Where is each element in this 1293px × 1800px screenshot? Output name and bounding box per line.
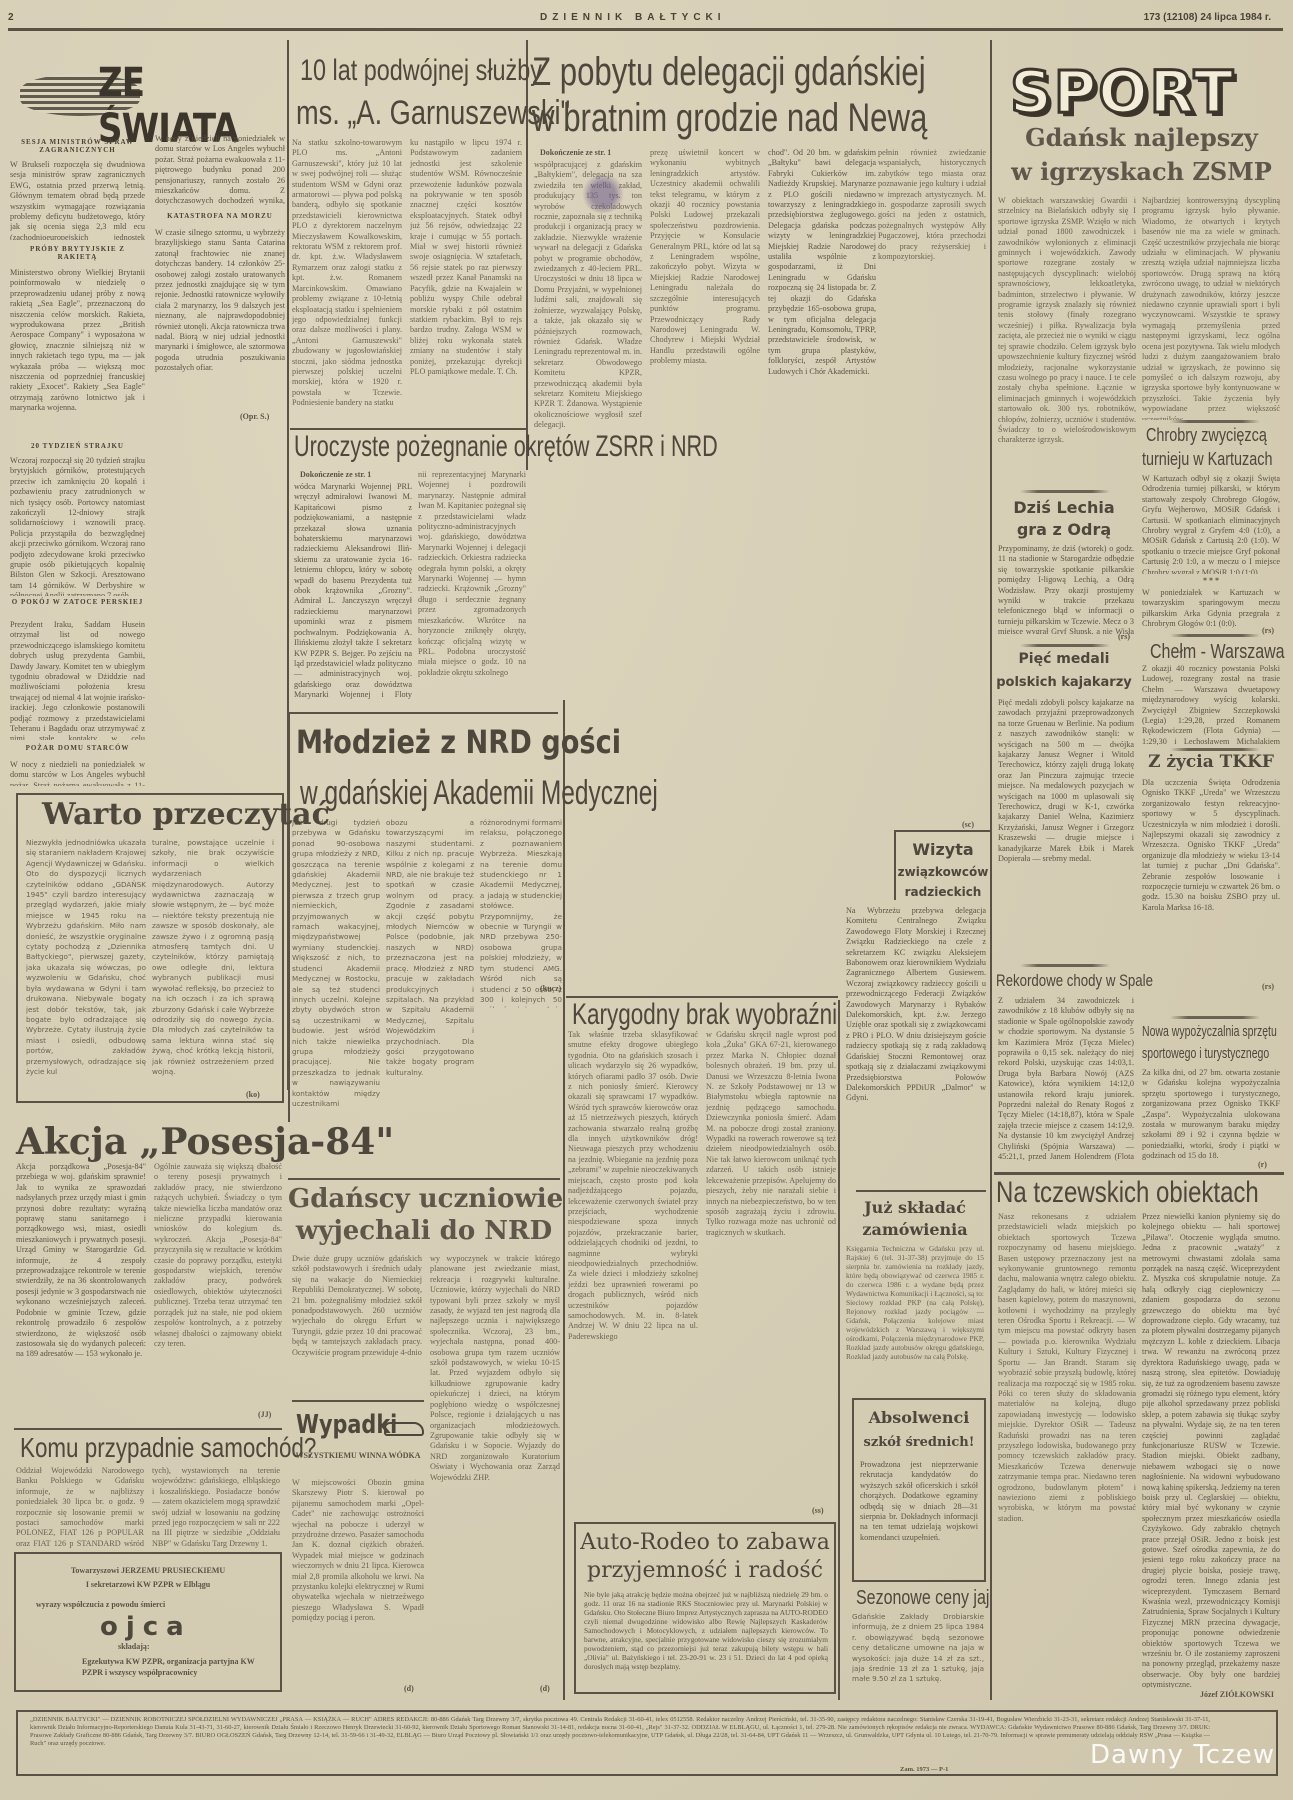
headline: w bratnim grodzie nad Newą: [532, 98, 927, 138]
ornament-divider: [1020, 490, 1110, 493]
headline: wyjechali do NRD: [288, 1218, 560, 1244]
headline: w igrzyskach ZSMP: [994, 160, 1289, 184]
article-text: Oddział Wojewódzki Narodowego Banku Pols…: [16, 1466, 144, 1548]
condolence-big-word: ojca: [100, 1612, 192, 1642]
headline: w gdańskiej Akademii Medycznej: [300, 776, 658, 810]
newspaper-title: DZIENNIK BAŁTYCKI: [540, 12, 726, 23]
condolence-signatories: Egzekutywa KW PZPR, organizacja partyjna…: [82, 1656, 272, 1678]
section-heading: SESJA MINISTRÓW SPRAW ZAGRANICZNYCH: [10, 138, 145, 154]
signature: (rs): [1262, 626, 1274, 635]
article-text: W nocy z niedzieli na poniedziałek w dom…: [155, 134, 285, 206]
article-text: Przez niewielki kanion płyniemy się do k…: [1142, 1212, 1280, 1688]
article-text: współpracującej z gdańskim „Bałtykiem", …: [534, 160, 642, 690]
article-text: różnorodnymi formami relaksu, połączoneg…: [480, 818, 562, 1008]
signature: (ss): [812, 1506, 824, 1515]
article-text: turalne, powstające uczelnie i szkoły, n…: [152, 838, 274, 1100]
headline: Warto przeczytać: [42, 800, 330, 830]
headline: ms. „A. Garnuszewski": [296, 96, 570, 130]
article-text: Pięć medali zdobyli polscy kajakarze na …: [998, 698, 1134, 964]
condolence-line: składają:: [118, 1642, 150, 1651]
signature: (rs): [1262, 982, 1274, 991]
headline: Z pobytu delegacji gdańskiej: [532, 52, 926, 92]
headline: radzieckich: [896, 886, 990, 898]
author-signature: Józef ZIÓŁKOWSKI: [1200, 1690, 1274, 1699]
article-text: Tak właśnie trzeba sklasyfikować smutne …: [568, 1030, 698, 1510]
section-rule: [292, 1400, 424, 1402]
page-number: 2: [8, 12, 14, 23]
headline: Uroczyste pożegnanie okrętów ZSRR i NRD: [294, 432, 718, 462]
article-text: W czasie silnego sztormu, u wybrzeży bra…: [155, 228, 285, 408]
wypadki-logo: Wypadki: [296, 1410, 397, 1440]
headline: Auto-Rodeo to zabawa: [574, 1532, 836, 1554]
article-text: Prowadzona jest nieprzerwanie rekrutacja…: [860, 1460, 978, 1578]
signature: (rs): [1118, 632, 1130, 641]
article-text: nii reprezentacyjnej Marynarki Wojennej …: [418, 470, 526, 700]
column-divider: [563, 700, 565, 1700]
article-text: Na Wybrzeżu przebywa delegacja Komitetu …: [846, 906, 986, 1186]
headline: 10 lat podwójnej służby: [300, 56, 542, 86]
article-text: Z udziałem 34 zawodniczek i zawodników z…: [998, 996, 1134, 1162]
headline: Komu przypadnie samochód?: [20, 1434, 316, 1462]
headline: Akcja „Posesja-84": [16, 1124, 394, 1160]
article-text: Najbardziej kontrowersyjną dyscypliną pr…: [1142, 196, 1280, 420]
headline: Sezonowe ceny jaj: [856, 1588, 989, 1608]
headline: Pięć medali: [994, 652, 1134, 666]
section-rule: [14, 1428, 282, 1430]
article-text: tych), wystawionych na terenie województ…: [152, 1466, 280, 1548]
headline: Rekordowe chody w Spale: [996, 972, 1153, 989]
order-number: Zam. 1973 — P-1: [900, 1766, 948, 1773]
article-text: ku nastąpiło w lipcu 1974 r. Podstawowym…: [410, 138, 522, 410]
article-text: Za kilka dni, od 27 bm. otwarta zostanie…: [1142, 1068, 1280, 1162]
article-text: Wczoraj rozpoczął się 20 tydzień strajku…: [10, 456, 145, 596]
imprint-text: „DZIENNIK BAŁTYCKI" — DZIENNIK ROBOTNICZ…: [30, 1716, 1210, 1768]
headline: Karygodny brak wyobraźni: [572, 1000, 837, 1030]
headline: przyjemność i radość: [574, 1560, 836, 1582]
article-text: obozu a towarzyszącymi im naszymi studen…: [386, 818, 474, 1118]
signature: (d): [404, 1684, 414, 1693]
ornament-divider: [1170, 1016, 1260, 1019]
ink-stamp: [580, 175, 626, 213]
headline: polskich kajakarzy: [994, 676, 1134, 689]
section-heading: PRÓBY BRYTYJSKIE Z RAKIETĄ: [10, 245, 145, 261]
ornament-divider: [1170, 748, 1260, 751]
continuation-note: Dokończenie ze str. 1: [300, 470, 371, 479]
headline: gra z Odrą: [994, 522, 1134, 538]
masthead-rule: [8, 28, 1283, 31]
article-text: W Brukseli rozpoczęła się dwudniowa sesj…: [10, 160, 145, 240]
headline: Młodzież z NRD gości: [296, 726, 621, 758]
signature: (d): [540, 1684, 550, 1693]
article-text: Już drugi tydzień przebywa w Gdańsku pon…: [292, 818, 380, 1118]
article-text: W nocy z niedzieli na poniedziałek w dom…: [10, 760, 145, 786]
headline: Już składać: [842, 1200, 988, 1216]
headline: Gdańsk najlepszy: [994, 126, 1289, 150]
section-heading: POŻAR DOMU STARCÓW: [10, 744, 145, 752]
signature: (JJ): [258, 1410, 271, 1419]
column-divider: [990, 40, 992, 1700]
ornament-divider: [1170, 420, 1260, 423]
headline: Gdańscy uczniowie: [288, 1186, 560, 1212]
headline: Z życia TKKF: [1142, 754, 1280, 771]
article-text: w Gdańsku skręcił nagle wprost pod koła …: [706, 1030, 836, 1510]
headline: Chełm - Warszawa: [1150, 642, 1285, 662]
headline: zamówienia: [842, 1222, 988, 1238]
article-text: Akcja porządkowa „Posesja-84" przebiega …: [16, 1162, 146, 1418]
signature: (Opr. S.): [240, 412, 269, 421]
article-text: W miejscowości Obozin gmina Skarszewy Pi…: [292, 1478, 424, 1690]
article-text: Księgarnia Techniczna w Gdańsku przy ul.…: [846, 1244, 984, 1394]
signature: (sc): [962, 820, 974, 829]
headline: sportowego i turystycznego: [1142, 1046, 1269, 1061]
article-text: Przypominamy, że dziś (wtorek) o godz. 1…: [998, 544, 1134, 634]
article-text: Dla uczczenia Święta Odrodzenia Ognisko …: [1142, 778, 1280, 986]
headline: Absolwenci: [852, 1410, 986, 1426]
issue-info: 173 (12108) 24 lipca 1984 r.: [1144, 12, 1271, 23]
ornament-divider: [1020, 964, 1110, 967]
headline: szkół średnich!: [852, 1436, 986, 1449]
article-text: Z okazji 40 rocznicy powstania Polski Lu…: [1142, 664, 1280, 748]
ze-swiata-logo: ZE ŚWIATA: [20, 60, 270, 122]
article-text: Prezydent Iraku, Saddam Husein otrzymał …: [10, 620, 145, 740]
section-rule: [288, 1178, 560, 1180]
article-text: W obiektach warszawskiej Gwardii i strze…: [998, 196, 1136, 478]
headline: Dziś Lechia: [994, 500, 1134, 516]
article-text: Dwie duże grupy uczniów gdańskich szkół …: [292, 1254, 422, 1386]
headline: Chrobry zwycięzcą: [1146, 426, 1267, 444]
article-text: W poniedziałek w Kartuzach w towarzyskim…: [1142, 588, 1280, 628]
condolence-line: I sekretarzowi KW PZPR w Elblągu: [16, 1580, 280, 1589]
article-text: Niezwykła jednodniówka ukazała się stara…: [26, 838, 146, 1100]
headline: Wizyta: [896, 842, 990, 858]
headline: Nowa wypożyczalnia sprzętu: [1142, 1024, 1277, 1039]
section-heading: O POKÓJ W ZATOCE PERSKIEJ: [10, 598, 145, 606]
article-text: Na statku szkolno-towarowym PLO ms. „Ant…: [292, 138, 402, 410]
section-heading: 20 TYDZIEŃ STRAJKU: [10, 442, 145, 450]
article-text: prezę uświetnił koncert w wykonaniu wybi…: [650, 148, 760, 688]
condolence-line: Towarzyszowi JERZEMU PRUSIECKIEMU: [16, 1566, 280, 1575]
ornament-divider: [1020, 644, 1110, 647]
column-divider: [838, 1000, 840, 1700]
ornament-divider: [1170, 634, 1260, 637]
article-text: pełnin również zwiedzanie wspaniałych, h…: [878, 148, 986, 458]
article-text: wódca Marynarki Wojennej PRL wręczył adm…: [294, 482, 412, 700]
article-text: Gdańskie Zakłady Drobiarskie informują, …: [852, 1612, 984, 1696]
headline: Na tczewskich obiektach: [996, 1178, 1259, 1208]
headline: związkowców: [896, 866, 990, 878]
article-text: chod". Od 20 bm. w gdańskim „Bałtyku" ba…: [768, 148, 876, 688]
article-text: W Kartuzach odbył się z okazji Święta Od…: [1142, 474, 1280, 574]
separator-stars: * * *: [1142, 576, 1280, 585]
article-text: Ogólnie zauważa się większą dbałość o te…: [154, 1162, 282, 1402]
sport-section-logo: SPORT: [1010, 58, 1235, 126]
watermark: Dawny Tczew: [1090, 1740, 1275, 1770]
article-text: Nasz rekonesans z udziałem przedstawicie…: [998, 1212, 1136, 1698]
signature: (ko): [246, 1090, 260, 1099]
signature: (r): [1258, 1160, 1267, 1169]
car-icon: [384, 1422, 424, 1436]
section-rule: [994, 1172, 1284, 1175]
article-text: wy wypoczynek w trakcie którego planowan…: [430, 1254, 560, 1694]
article-text: Ministerstwo obrony Wielkiej Brytanii po…: [10, 268, 145, 438]
signature: (kucz): [540, 984, 561, 993]
newspaper-page: 2 DZIENNIK BAŁTYCKI 173 (12108) 24 lipca…: [0, 0, 1293, 1800]
article-text: Nie byle jaką atrakcję będzie można obej…: [584, 1590, 828, 1690]
section-heading: KATASTROFA NA MORZU: [155, 212, 285, 220]
condolence-line: wyrazy współczucia z powodu śmierci: [36, 1600, 165, 1609]
section-heading: WSZYSTKIEMU WINNA WÓDKA: [292, 1450, 424, 1462]
headline: turnieju w Kartuzach: [1142, 450, 1272, 468]
continuation-note: Dokończenie ze str. 1: [540, 148, 611, 157]
section-rule: [856, 1190, 986, 1192]
